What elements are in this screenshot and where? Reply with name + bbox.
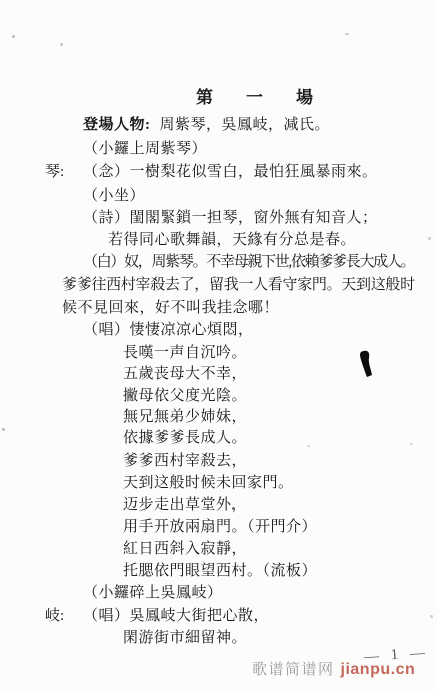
script-line: 迈步走出草堂外， (123, 497, 247, 514)
speck (232, 507, 235, 510)
scene-title: 第 一 場 (196, 83, 321, 108)
script-line: 紅日西斜入寂靜， (123, 541, 247, 558)
speck (2, 428, 5, 431)
speck (12, 35, 15, 38)
script-line: 無兄無弟少姉妹， (123, 409, 247, 426)
scanned-script-page: 第 一 場 登場人物:周紫琴，吳鳳岐，减氏。 （小鑼上周紫琴） 琴: （念）一樹… (0, 0, 437, 690)
speaker-label: 琴: (45, 164, 64, 181)
speck (410, 443, 413, 445)
script-line: （唱）悽悽凉凉心煩悶， (83, 322, 254, 339)
cast-line: 登場人物:周紫琴，吳鳳岐，减氏。 (83, 117, 330, 134)
script-line: 長嘆一声自沉吟。 (123, 345, 247, 362)
cast-names: 周紫琴，吳鳳岐，减氏。 (160, 117, 331, 133)
watermark-site-name: 歌谱简谱网 (252, 662, 335, 678)
ink-blot (359, 350, 375, 378)
script-line: （白）奴，周紫琴。不幸母親下世,依賴爹爹長大成人。 (83, 254, 414, 271)
stage-direction: （小坐） (83, 188, 145, 205)
speck (307, 445, 310, 447)
script-line: （唱）吳鳳岐大街把心散， (83, 608, 269, 625)
speaker-label: 岐: (45, 608, 64, 625)
stage-direction: （小鑼碎上吳鳳岐） (83, 585, 223, 602)
script-line: 天到这般时候未回家門。 (123, 475, 294, 492)
script-line: 爹爹西村宰殺去， (123, 453, 247, 470)
speck (345, 33, 349, 35)
script-line: 候不見回來，好不叫我挂念哪！ (62, 300, 279, 317)
watermark: 歌谱简谱网jianpu.cn (252, 658, 415, 679)
watermark-site-url: jianpu.cn (341, 661, 416, 678)
script-line: 若得同心歌舞韻，天緣有分总是春。 (108, 232, 356, 249)
speck (428, 237, 431, 240)
cast-label: 登場人物: (83, 117, 151, 133)
speck (430, 615, 433, 618)
script-line: 五歲丧母大不幸， (123, 366, 247, 383)
script-line: （念）一樹梨花似雪白，最怕狂風暴雨來。 (83, 164, 378, 181)
script-line: 閑游街市細留神。 (123, 630, 247, 647)
script-line: 爹爹往西村宰殺去了，留我一人看守家門。天到这般时 (62, 277, 415, 294)
script-line: 用手开放兩扇門。（开門介） (123, 519, 317, 536)
stage-direction: （小鑼上周紫琴） (83, 141, 207, 158)
script-line: 托腮依門眼望西村。（流板） (123, 563, 317, 580)
speck (60, 43, 63, 46)
script-line: 撇母依父度光陰。 (123, 388, 247, 405)
script-line: （詩）閨閣緊鎖一担琴，窗外無有知音人； (83, 210, 378, 227)
script-line: 依據爹爹長成人。 (123, 430, 247, 447)
